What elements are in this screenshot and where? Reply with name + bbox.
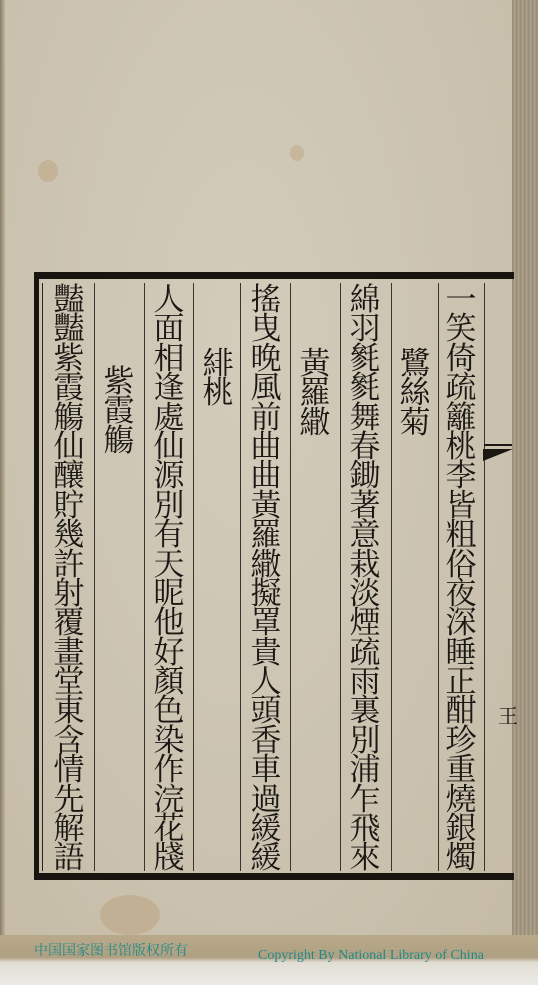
fishtail-mark <box>483 449 513 461</box>
center-fold-rule <box>484 283 485 871</box>
paper-stain <box>100 895 160 935</box>
column-rule <box>438 283 439 871</box>
glyph: 來 <box>344 844 386 873</box>
glyph: 語 <box>48 844 90 873</box>
column-rule <box>290 283 291 871</box>
glyph: 緩 <box>245 844 287 873</box>
glyph: 繖 <box>294 409 336 438</box>
watermark-english: Copyright By National Library of China <box>258 948 484 964</box>
column-rule <box>94 283 95 871</box>
column-rule <box>240 283 241 871</box>
verse-column-3: 搖曳晚風前曲曲黃羅繖擬罩貴人頭香車過緩緩 <box>245 286 287 874</box>
column-rule <box>193 283 194 871</box>
watermark-chinese: 中国国家图书馆版权所有 <box>34 940 188 960</box>
verse-column-4: 人面相逢處仙源別有天昵他好顏色染作浣花牋 <box>148 286 190 874</box>
column-rule <box>340 283 341 871</box>
verse-column-5: 豔豔紫霞觴仙釀貯幾許射覆畫堂東含情先解語 <box>48 286 90 874</box>
verse-column-1: 一笑倚疏籬桃李皆粗俗夜深睡正酣珍重燒銀燭 <box>440 286 482 874</box>
paper-stain <box>38 160 58 182</box>
title-column-3: 緋桃 <box>197 350 239 409</box>
glyph: 燭 <box>440 844 482 873</box>
frame-inner-rule <box>42 283 43 871</box>
paper-stain <box>290 145 304 161</box>
folio-mark: 王 <box>498 700 518 729</box>
page-stack-edge <box>512 0 538 985</box>
title-column-1: 鷺絲菊 <box>394 350 436 438</box>
verse-column-2: 綿羽毿毿舞春鋤著意栽淡煙疏雨裏別浦乍飛來 <box>344 286 386 874</box>
glyph: 牋 <box>148 844 190 873</box>
glyph: 菊 <box>394 409 436 438</box>
column-rule <box>144 283 145 871</box>
page-left-edge <box>0 0 5 935</box>
glyph: 觴 <box>98 427 140 456</box>
title-column-4: 紫霞觴 <box>98 368 140 456</box>
glyph: 桃 <box>197 379 239 408</box>
title-column-2: 黃羅繖 <box>294 350 336 438</box>
column-rule <box>391 283 392 871</box>
fishtail-mark-line <box>484 444 512 446</box>
